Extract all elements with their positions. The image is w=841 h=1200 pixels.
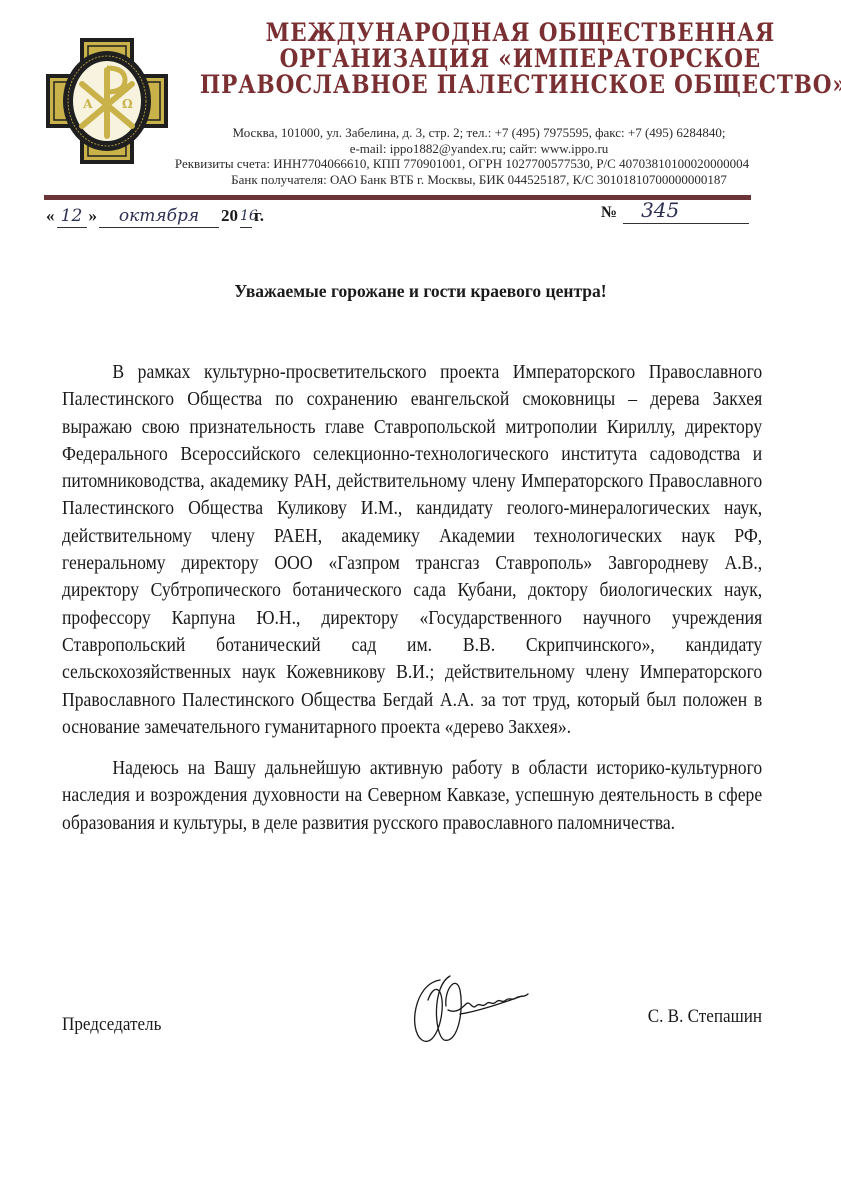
bank-details-line: Банк получателя: ОАО Банк ВТБ г. Москвы,… [196,172,762,188]
chi-rho-cross-emblem-icon: А Ω [46,38,168,164]
letter-body: В рамках культурно-просветительского про… [62,359,762,837]
svg-text:А: А [83,97,93,111]
account-details-line: Реквизиты счета: ИНН7704066610, КПП 7709… [162,156,762,172]
date-year-suffix: 16 [240,205,252,228]
signature-block: Председатель С. В. Степашин [62,970,762,1050]
date-month: октября [99,205,219,228]
number-label: № [601,202,617,224]
date-year-mark: г. [254,205,264,228]
org-title-line-1: МЕЖДУНАРОДНАЯ ОБЩЕСТВЕННАЯ [200,20,841,46]
org-title-line-3: ПРАВОСЛАВНОЕ ПАЛЕСТИНСКОЕ ОБЩЕСТВО» [200,72,841,98]
signatory-name: С. В. Степашин [648,1006,762,1028]
org-title-line-2: ОРГАНИЗАЦИЯ «ИМПЕРАТОРСКОЕ [200,46,841,72]
organization-title: МЕЖДУНАРОДНАЯ ОБЩЕСТВЕННАЯ ОРГАНИЗАЦИЯ «… [200,20,841,98]
signatory-role: Председатель [62,1014,161,1036]
number-value: 345 [623,197,749,224]
letter-date: « 12 » октября 20 16 г. [46,200,264,228]
address-line: Москва, 101000, ул. Забелина, д. 3, стр.… [196,125,762,141]
date-close-quote: » [89,205,98,228]
letter-number: № 345 [601,197,749,224]
contact-details: Москва, 101000, ул. Забелина, д. 3, стр.… [196,125,762,187]
date-day: 12 [57,205,87,228]
handwritten-signature-icon [404,970,564,1044]
svg-text:Ω: Ω [122,97,133,111]
salutation-heading: Уважаемые горожане и гости краевого цент… [0,281,841,302]
date-open-quote: « [46,205,55,228]
date-year-prefix: 20 [221,205,238,228]
body-paragraph: В рамках культурно-просветительского про… [62,359,762,741]
body-paragraph: Надеюсь на Вашу дальнейшую активную рабо… [62,755,762,837]
email-website-line: e-mail: ippo1882@yandex.ru; сайт: www.ip… [196,141,762,157]
